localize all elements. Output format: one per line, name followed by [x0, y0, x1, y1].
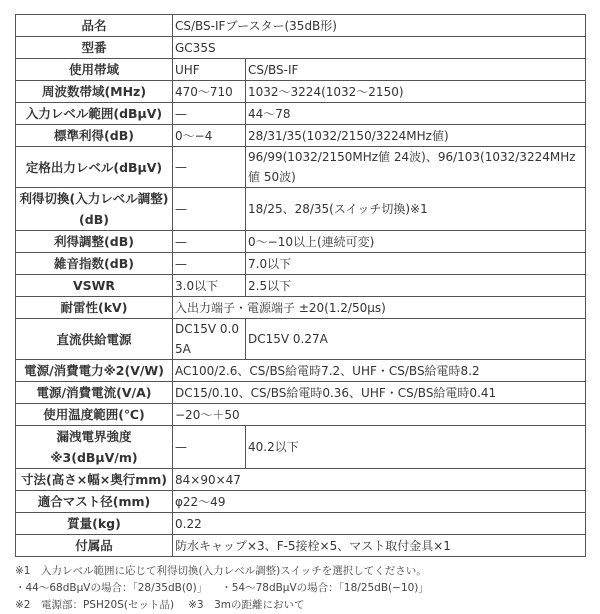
- spec-row: 漏洩電界強度※3(dBμV/m)—40.2以下: [16, 426, 586, 469]
- spec-value: —: [173, 426, 246, 469]
- spec-value: 40.2以下: [246, 426, 586, 469]
- spec-row: 直流供給電源DC15V 0.05ADC15V 0.27A: [16, 319, 586, 360]
- spec-label: 入力レベル範囲(dBμV): [16, 103, 173, 125]
- spec-label: 適合マスト径(mm): [16, 491, 173, 513]
- spec-row: 耐雷性(kV)入出力端子・電源端子 ±20(1.2/50μs): [16, 297, 586, 319]
- spec-sheet: 品名CS/BS-IFブースター(35dB形)型番GC35S使用帯域UHFCS/B…: [15, 14, 585, 600]
- spec-label: 使用帯域: [16, 59, 173, 81]
- spec-label: 型番: [16, 37, 173, 59]
- spec-label: 付属品: [16, 535, 173, 557]
- spec-label: 直流供給電源: [16, 319, 173, 360]
- spec-value: −20〜＋50: [173, 404, 586, 426]
- spec-label: 定格出力レベル(dBμV): [16, 147, 173, 188]
- spec-value: —: [173, 103, 246, 125]
- spec-value: CS/BS-IF: [246, 59, 586, 81]
- spec-row: 使用帯域UHFCS/BS-IF: [16, 59, 586, 81]
- spec-row: 雑音指数(dB)—7.0以下: [16, 253, 586, 275]
- spec-value: 18/25、28/35(スイッチ切換)※1: [246, 188, 586, 231]
- spec-value: 7.0以下: [246, 253, 586, 275]
- spec-value: 44〜78: [246, 103, 586, 125]
- spec-label: 漏洩電界強度※3(dBμV/m): [16, 426, 173, 469]
- spec-value: φ22〜49: [173, 491, 586, 513]
- footnote-1: ※1 入力レベル範囲に応じて利得切換(入力レベル調整)スイッチを選択してください…: [15, 563, 585, 580]
- spec-value: CS/BS-IFブースター(35dB形): [173, 15, 586, 37]
- spec-value: 防水キャップ×3、F-5接栓×5、マスト取付金具×1: [173, 535, 586, 557]
- spec-label: 電源/消費電流(V/A): [16, 382, 173, 404]
- spec-label: 利得切換(入力レベル調整)(dB): [16, 188, 173, 231]
- spec-value: 84×90×47: [173, 469, 586, 491]
- spec-value: UHF: [173, 59, 246, 81]
- spec-row: 電源/消費電力※2(V/W)AC100/2.6、CS/BS給電時7.2、UHF・…: [16, 360, 586, 382]
- spec-table: 品名CS/BS-IFブースター(35dB形)型番GC35S使用帯域UHFCS/B…: [15, 14, 586, 557]
- spec-row: 定格出力レベル(dBμV)—96/99(1032/2150MHz値 24波)、9…: [16, 147, 586, 188]
- spec-value: DC15/0.10、CS/BS給電時0.36、UHF・CS/BS給電時0.41: [173, 382, 586, 404]
- spec-value: —: [173, 253, 246, 275]
- spec-label: 電源/消費電力※2(V/W): [16, 360, 173, 382]
- footnote-1-case-b: ・54〜78dBμVの場合：「18/25dB(−10)」: [221, 582, 429, 594]
- spec-label: 利得調整(dB): [16, 231, 173, 253]
- spec-value: 28/31/35(1032/2150/3224MHz値): [246, 125, 586, 147]
- spec-label: 使用温度範囲(℃): [16, 404, 173, 426]
- spec-label: 周波数帯域(MHz): [16, 81, 173, 103]
- spec-label: 品名: [16, 15, 173, 37]
- spec-value: 1032〜3224(1032〜2150): [246, 81, 586, 103]
- spec-value: 2.5以下: [246, 275, 586, 297]
- spec-row: 標準利得(dB)0〜−428/31/35(1032/2150/3224MHz値): [16, 125, 586, 147]
- spec-row: 入力レベル範囲(dBμV)—44〜78: [16, 103, 586, 125]
- spec-row: 付属品防水キャップ×3、F-5接栓×5、マスト取付金具×1: [16, 535, 586, 557]
- spec-value: GC35S: [173, 37, 586, 59]
- spec-row: 使用温度範囲(℃)−20〜＋50: [16, 404, 586, 426]
- spec-value: 96/99(1032/2150MHz値 24波)、96/103(1032/322…: [246, 147, 586, 188]
- spec-row: 適合マスト径(mm)φ22〜49: [16, 491, 586, 513]
- spec-row: 電源/消費電流(V/A)DC15/0.10、CS/BS給電時0.36、UHF・C…: [16, 382, 586, 404]
- spec-row: 利得調整(dB)—0〜−10以上(連続可変): [16, 231, 586, 253]
- spec-label: 耐雷性(kV): [16, 297, 173, 319]
- spec-row: 品名CS/BS-IFブースター(35dB形): [16, 15, 586, 37]
- spec-table-body: 品名CS/BS-IFブースター(35dB形)型番GC35S使用帯域UHFCS/B…: [16, 15, 586, 557]
- spec-label: 質量(kg): [16, 513, 173, 535]
- footnotes: ※1 入力レベル範囲に応じて利得切換(入力レベル調整)スイッチを選択してください…: [15, 563, 585, 600]
- footnote-1-case-a: ・44〜68dBμVの場合：「28/35dB(0)」: [15, 582, 207, 594]
- spec-label: 寸法(高さ×幅×奥行mm): [16, 469, 173, 491]
- spec-value: DC15V 0.27A: [246, 319, 586, 360]
- spec-value: —: [173, 147, 246, 188]
- spec-value: DC15V 0.05A: [173, 319, 246, 360]
- spec-row: 質量(kg)0.22: [16, 513, 586, 535]
- spec-value: 470〜710: [173, 81, 246, 103]
- spec-label: VSWR: [16, 275, 173, 297]
- spec-value: 入出力端子・電源端子 ±20(1.2/50μs): [173, 297, 586, 319]
- spec-value: AC100/2.6、CS/BS給電時7.2、UHF・CS/BS給電時8.2: [173, 360, 586, 382]
- spec-row: 利得切換(入力レベル調整)(dB)—18/25、28/35(スイッチ切換)※1: [16, 188, 586, 231]
- spec-row: 型番GC35S: [16, 37, 586, 59]
- spec-value: 0〜−10以上(連続可変): [246, 231, 586, 253]
- spec-label: 標準利得(dB): [16, 125, 173, 147]
- spec-row: 寸法(高さ×幅×奥行mm)84×90×47: [16, 469, 586, 491]
- spec-row: 周波数帯域(MHz)470〜7101032〜3224(1032〜2150): [16, 81, 586, 103]
- spec-value: 0〜−4: [173, 125, 246, 147]
- spec-value: —: [173, 231, 246, 253]
- spec-label: 雑音指数(dB): [16, 253, 173, 275]
- spec-row: VSWR3.0以下2.5以下: [16, 275, 586, 297]
- spec-value: —: [173, 188, 246, 231]
- footnote-1-cases: ・44〜68dBμVの場合：「28/35dB(0)」・54〜78dBμVの場合：…: [15, 580, 585, 597]
- spec-value: 3.0以下: [173, 275, 246, 297]
- spec-value: 0.22: [173, 513, 586, 535]
